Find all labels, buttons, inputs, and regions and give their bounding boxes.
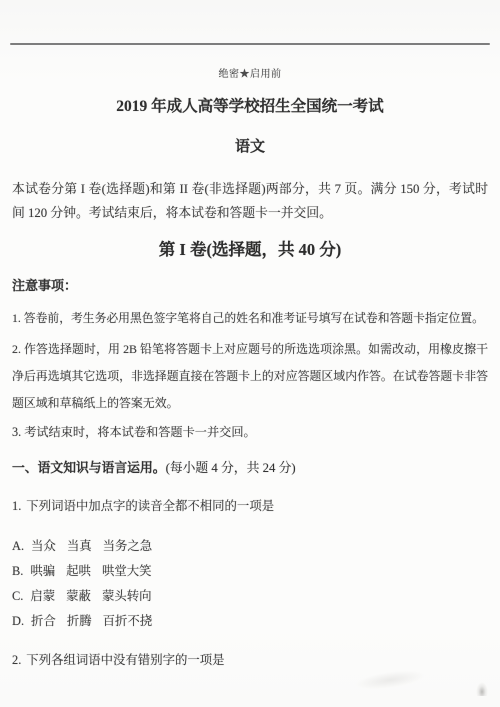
option-c-word-1: 启蒙 — [30, 589, 55, 603]
option-row-b: B.哄骗起哄哄堂大笑 — [12, 561, 488, 581]
question-2-number: 2. — [12, 653, 21, 667]
option-b-word-2: 起哄 — [66, 564, 91, 578]
option-c-word-3: 蒙头转向 — [102, 589, 152, 603]
question-2-stem: 下列各组词语中没有错别字的一项是 — [26, 653, 224, 667]
notes-heading: 注意事项： — [12, 278, 488, 294]
option-a-word-1: 当众 — [31, 539, 56, 553]
question-1-options: A.当众当真当务之急 B.哄骗起哄哄堂大笑 C.启蒙蒙蔽蒙头转向 D.折合折腾百… — [12, 536, 488, 631]
note-item-2: 2. 作答选择题时，用 2B 铅笔将答题卡上对应题号的所选选项涂黑。如需改动，用… — [12, 336, 488, 417]
option-b-word-1: 哄骗 — [30, 564, 55, 578]
subject-title: 语文 — [12, 138, 488, 156]
option-row-d: D.折合折腾百折不挠 — [12, 611, 488, 631]
question-1-number: 1. — [12, 499, 21, 513]
section1-heading-score: (每小题 4 分，共 24 分) — [166, 461, 296, 475]
question-1-stem-row: 1.下列词语中加点字的读音全都不相同的一项是 — [12, 496, 488, 516]
option-a-word-2: 当真 — [67, 539, 92, 553]
section1-heading-title: 一、语文知识与语言运用。 — [12, 461, 166, 475]
option-d-label: D. — [12, 614, 24, 628]
note-item-3: 3. 考试结束时，将本试卷和答题卡一并交回。 — [12, 421, 488, 443]
option-d-word-1: 折合 — [31, 614, 56, 628]
exam-title: 2019 年成人高等学校招生全国统一考试 — [12, 98, 488, 116]
intro-paragraph: 本试卷分第 I 卷(选择题)和第 II 卷(非选择题)两部分，共 7 页。满分 … — [12, 177, 488, 225]
option-a-label: A. — [12, 539, 24, 553]
scanned-exam-page: 绝密★启用前 2019 年成人高等学校招生全国统一考试 语文 本试卷分第 I 卷… — [0, 0, 500, 707]
exam-content: 绝密★启用前 2019 年成人高等学校招生全国统一考试 语文 本试卷分第 I 卷… — [0, 0, 500, 707]
option-row-a: A.当众当真当务之急 — [12, 536, 488, 556]
option-b-label: B. — [12, 564, 23, 578]
security-label: 绝密★启用前 — [12, 68, 488, 82]
option-row-c: C.启蒙蒙蔽蒙头转向 — [12, 586, 488, 606]
option-b-word-3: 哄堂大笑 — [102, 564, 152, 578]
part1-heading: 第 I 卷(选择题，共 40 分) — [12, 240, 488, 260]
option-d-word-2: 折腾 — [67, 614, 92, 628]
section1-heading: 一、语文知识与语言运用。(每小题 4 分，共 24 分) — [12, 458, 488, 478]
question-2-stem-row: 2.下列各组词语中没有错别字的一项是 — [12, 650, 488, 670]
option-d-word-3: 百折不挠 — [103, 614, 153, 628]
option-c-label: C. — [12, 589, 23, 603]
note-item-1: 1. 答卷前，考生务必用黑色签字笔将自己的姓名和准考证号填写在试卷和答题卡指定位… — [12, 306, 488, 330]
question-1-stem: 下列词语中加点字的读音全都不相同的一项是 — [26, 499, 274, 513]
option-c-word-2: 蒙蔽 — [66, 589, 91, 603]
scan-dot-artifact — [476, 682, 488, 696]
option-a-word-3: 当务之急 — [103, 539, 153, 553]
